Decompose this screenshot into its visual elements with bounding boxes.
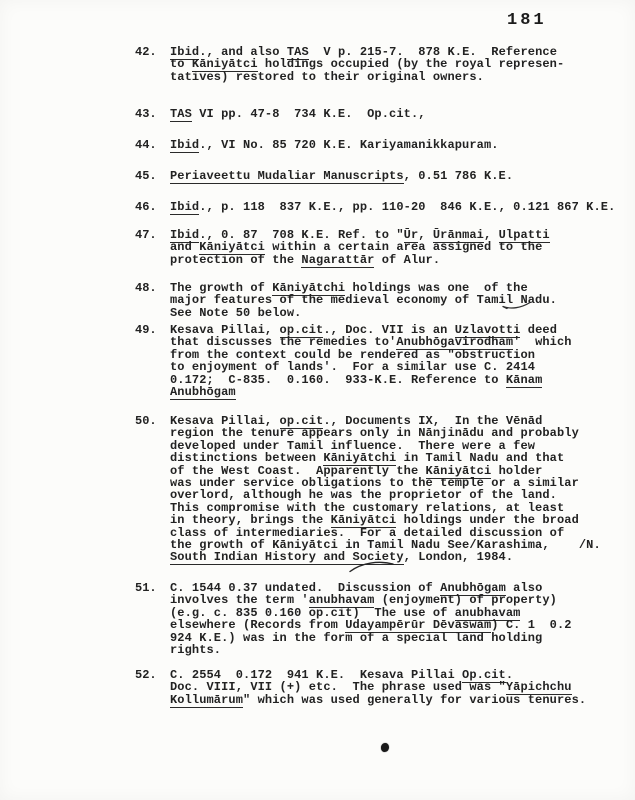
footnote-item: 42.Ibid., and also TAS V p. 215-7. 878 K…: [135, 46, 564, 83]
footnote-line: Kollumārum" which was used generally for…: [170, 694, 586, 706]
footnote-line: Ibid., p. 118 837 K.E., pp. 110-20 846 K…: [170, 201, 615, 213]
footnote-line: Periaveettu Mudaliar Manuscripts, 0.51 7…: [170, 170, 513, 182]
footnote-number: 45.: [135, 170, 170, 182]
footnote-text: TAS VI pp. 47-8 734 K.E. Op.cit.,: [170, 108, 426, 120]
footnote-line: tatives) restored to their original owne…: [170, 71, 564, 83]
footnote-line: Anubhōgam: [170, 386, 572, 398]
footnote-number: 50.: [135, 415, 170, 427]
footnote-text: Ibid., p. 118 837 K.E., pp. 110-20 846 K…: [170, 201, 615, 213]
footnote-number: 51.: [135, 582, 170, 594]
footnote-item: 47.Ibid., 0. 87 708 K.E. Ref. to "Ūr, Ūr…: [135, 229, 550, 266]
footnote-item: 43.TAS VI pp. 47-8 734 K.E. Op.cit.,: [135, 108, 426, 120]
footnote-text: C. 2554 0.172 941 K.E. Kesava Pillai Op.…: [170, 669, 586, 706]
footnote-number: 46.: [135, 201, 170, 213]
footnote-line: TAS VI pp. 47-8 734 K.E. Op.cit.,: [170, 108, 426, 120]
footnote-number: 44.: [135, 139, 170, 151]
footnote-text: Ibid., VI No. 85 720 K.E. Kariyamanikkap…: [170, 139, 499, 151]
footnote-item: 51.C. 1544 0.37 undated. Discussion of A…: [135, 582, 572, 656]
footnote-line: 924 K.E.) was in the form of a special l…: [170, 632, 572, 644]
footnote-number: 48.: [135, 282, 170, 294]
footnote-item: 48.The growth of Kāniyātchi holdings was…: [135, 282, 557, 319]
scanned-document-page: 181 42.Ibid., and also TAS V p. 215-7. 8…: [0, 0, 635, 800]
footnote-item: 50.Kesava Pillai, op.cit., Documents IX,…: [135, 415, 601, 564]
footnote-item: 45.Periaveettu Mudaliar Manuscripts, 0.5…: [135, 170, 513, 182]
footnote-text: Ibid., 0. 87 708 K.E. Ref. to "Ūr, Ūrānm…: [170, 229, 550, 266]
footnote-item: 46.Ibid., p. 118 837 K.E., pp. 110-20 84…: [135, 201, 615, 213]
footnote-text: Kesava Pillai, op.cit., Documents IX, In…: [170, 415, 601, 564]
footnote-item: 49.Kesava Pillai, op.cit., Doc. VII is a…: [135, 324, 572, 398]
footnote-item: 44.Ibid., VI No. 85 720 K.E. Kariyamanik…: [135, 139, 499, 151]
footnote-number: 47.: [135, 229, 170, 241]
footnote-text: C. 1544 0.37 undated. Discussion of Anub…: [170, 582, 572, 656]
footnote-line: Ibid., VI No. 85 720 K.E. Kariyamanikkap…: [170, 139, 499, 151]
footnote-line: protection of the Nagarattār of Alur.: [170, 254, 550, 266]
footnote-line: See Note 50 below.: [170, 307, 557, 319]
pen-curve-mark: [349, 560, 395, 573]
footnotes-list: 42.Ibid., and also TAS V p. 215-7. 878 K…: [0, 0, 635, 800]
footnote-text: The growth of Kāniyātchi holdings was on…: [170, 282, 557, 319]
footnote-text: Ibid., and also TAS V p. 215-7. 878 K.E.…: [170, 46, 564, 83]
footnote-number: 42.: [135, 46, 170, 58]
footnote-item: 52.C. 2554 0.172 941 K.E. Kesava Pillai …: [135, 669, 586, 706]
footnote-number: 43.: [135, 108, 170, 120]
pen-tick-mark: [502, 301, 532, 312]
footnote-number: 52.: [135, 669, 170, 681]
footnote-text: Kesava Pillai, op.cit., Doc. VII is an U…: [170, 324, 572, 398]
footnote-number: 49.: [135, 324, 170, 336]
footnote-line: rights.: [170, 644, 572, 656]
footnote-text: Periaveettu Mudaliar Manuscripts, 0.51 7…: [170, 170, 513, 182]
